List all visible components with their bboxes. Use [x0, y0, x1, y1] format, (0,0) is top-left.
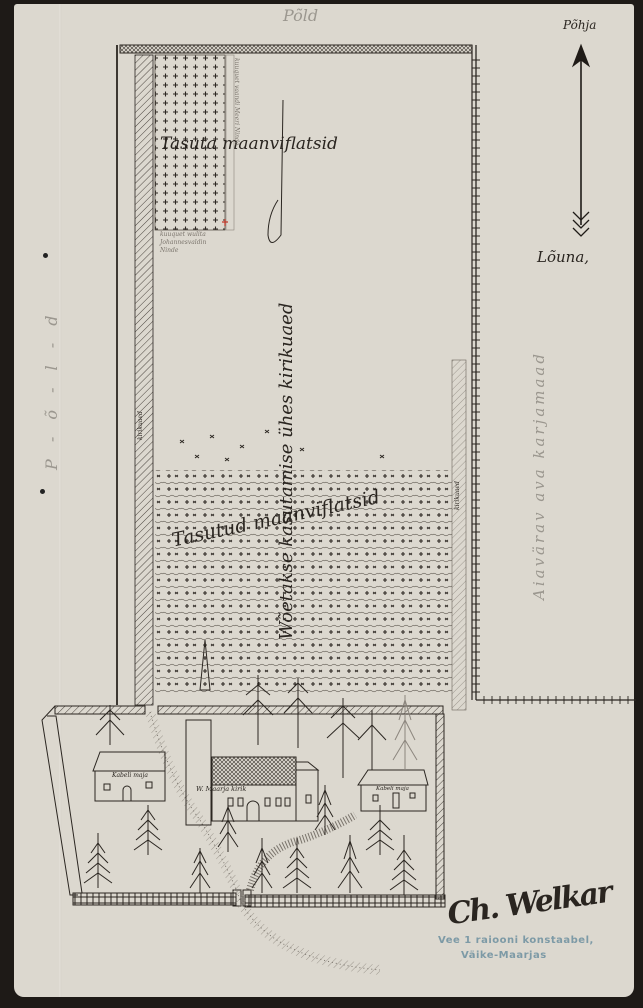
- left-building-label: Kabeli maja: [112, 772, 148, 779]
- top-label: Põld: [283, 6, 318, 25]
- note-line: Johannesvaldin: [160, 239, 206, 247]
- stamp-line-2: Väike-Maarjas: [461, 950, 547, 961]
- north-arrow-icon: [573, 45, 589, 236]
- note-line: kuuquet wulita: [160, 231, 206, 239]
- right-strip-label: kirikuaed: [454, 481, 461, 510]
- vertical-center-text: Wõetakse kasutamise ühes kirikuaed: [276, 303, 297, 640]
- path-to-gate: [150, 712, 380, 970]
- right-margin-pencil: Aiavärav ava karjamaad: [530, 351, 548, 600]
- right-building-label: Kabeli maja: [376, 786, 409, 792]
- stamp-line-1: Vee 1 raiooni konstaabel,: [438, 935, 594, 946]
- church-label: W. Maarja kirik: [196, 785, 246, 793]
- small-plot-side-note: kuuquet vaandi Meeri Ninde: [233, 58, 240, 145]
- left-strip-label: kirikuaed: [137, 411, 144, 440]
- compass-north-label: Põhja: [563, 18, 596, 32]
- small-plot-bottom-note: kuuquet wulita Johannesvaldin Ninde: [160, 231, 206, 255]
- compass-south-label: Lõuna,: [537, 248, 589, 266]
- note-line: Ninde: [160, 247, 206, 255]
- ticked-boundary: [472, 60, 636, 704]
- top-field-label: Tasuta maanviflatsid: [160, 134, 338, 154]
- left-margin-pencil: P - õ - l - d: [42, 310, 61, 471]
